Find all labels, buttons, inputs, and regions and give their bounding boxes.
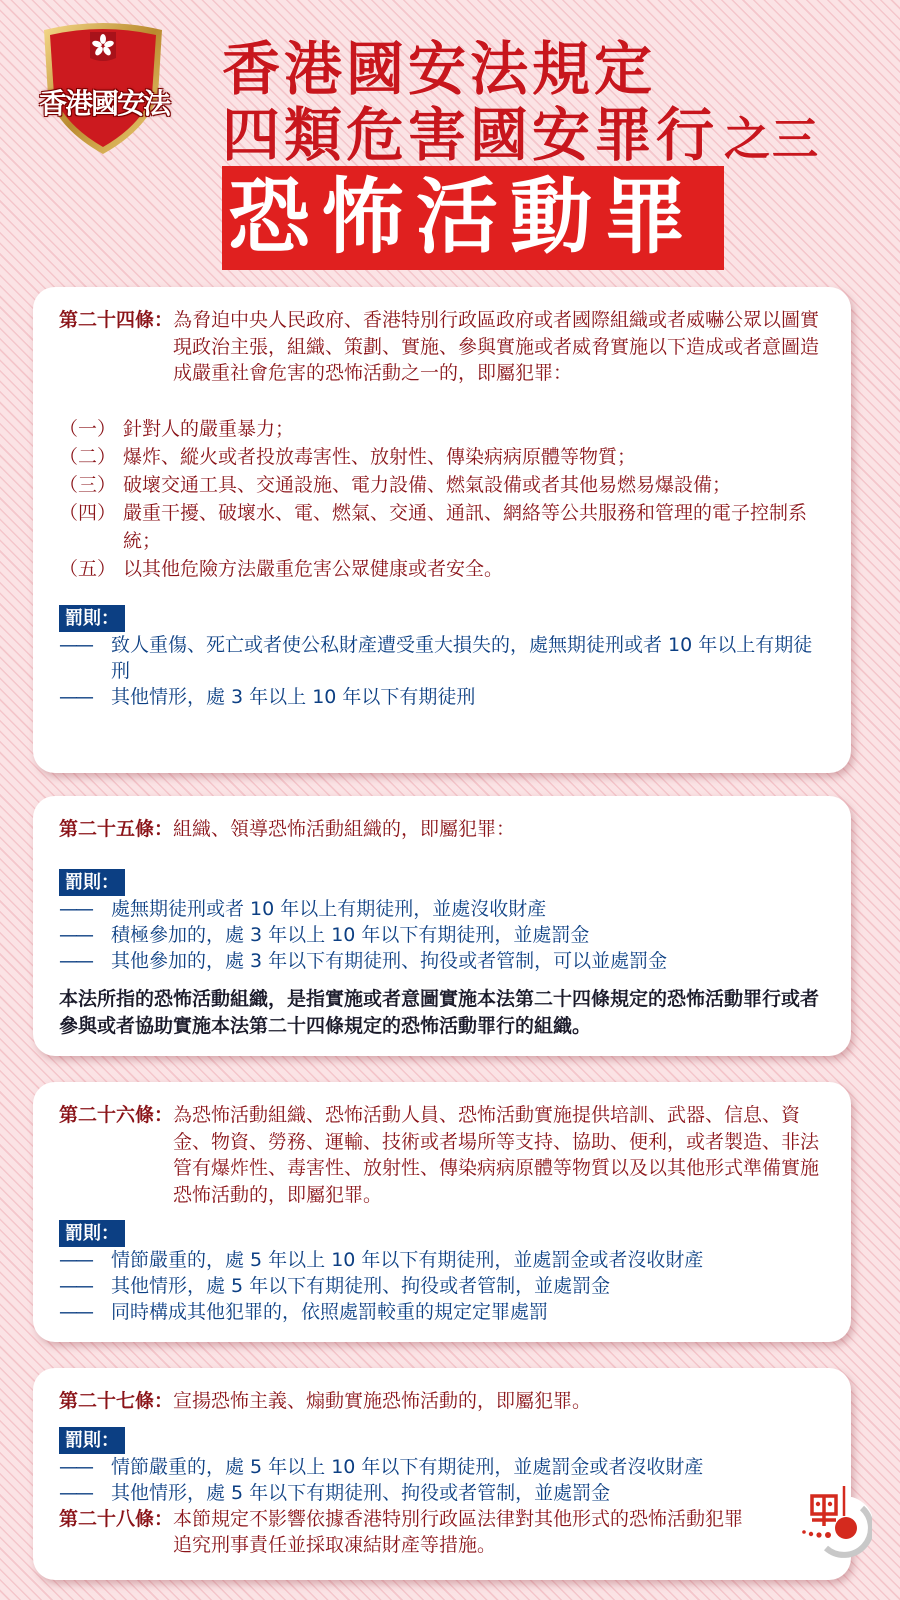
title-line-2: 四類危害國安罪行之三	[222, 88, 820, 172]
penalty-heading: 罰則：	[59, 1220, 125, 1247]
penalty-row: ——致人重傷、死亡或者使公私財產遭受重大損失的，處無期徒刑或者 10 年以上有期…	[59, 632, 829, 684]
item-number: （三）	[59, 471, 123, 499]
dash: ——	[59, 1480, 111, 1506]
item-number: （四）	[59, 499, 123, 555]
article-27: 第二十七條： 宣揚恐怖主義、煽動實施恐怖活動的，即屬犯罪。	[59, 1388, 829, 1415]
article-body: 為恐怖活動組織、恐怖活動人員、恐怖活動實施提供培訓、武器、信息、資金、物資、勞務…	[173, 1102, 829, 1208]
penalty-text: 處無期徒刑或者 10 年以上有期徒刑，並處沒收財產	[111, 896, 829, 922]
penalty-row: ——情節嚴重的，處 5 年以上 10 年以下有期徒刑，並處罰金或者沒收財產	[59, 1247, 829, 1273]
article-25: 第二十五條： 組織、領導恐怖活動組織的，即屬犯罪：	[59, 816, 829, 843]
penalty-text: 積極參加的，處 3 年以上 10 年以下有期徒刑，並處罰金	[111, 922, 829, 948]
dash: ——	[59, 1273, 111, 1299]
article-26: 第二十六條： 為恐怖活動組織、恐怖活動人員、恐怖活動實施提供培訓、武器、信息、資…	[59, 1102, 829, 1208]
dash: ——	[59, 1247, 111, 1273]
item-number: （二）	[59, 443, 123, 471]
penalty-text: 致人重傷、死亡或者使公私財產遭受重大損失的，處無期徒刑或者 10 年以上有期徒刑	[111, 632, 829, 684]
penalty-row: ——其他情形，處 5 年以下有期徒刑、拘役或者管制，並處罰金	[59, 1273, 829, 1299]
dash: ——	[59, 922, 111, 948]
dash: ——	[59, 632, 111, 684]
article-label: 第二十四條：	[59, 307, 173, 387]
item-text: 針對人的嚴重暴力；	[123, 415, 829, 443]
item-text: 以其他危險方法嚴重危害公眾健康或者安全。	[123, 555, 829, 583]
penalty-row: ——其他情形，處 3 年以上 10 年以下有期徒刑	[59, 684, 829, 710]
dash: ——	[59, 948, 111, 974]
article-25-card: 第二十五條： 組織、領導恐怖活動組織的，即屬犯罪： 罰則： ——處無期徒刑或者 …	[33, 796, 851, 1056]
article-label: 第二十七條：	[59, 1388, 173, 1415]
item-text: 破壞交通工具、交通設施、電力設備、燃氣設備或者其他易燃易爆設備；	[123, 471, 829, 499]
list-item: （一）針對人的嚴重暴力；	[59, 415, 829, 443]
article-body: 為脅迫中央人民政府、香港特別行政區政府或者國際組織或者威嚇公眾以圖實現政治主張，…	[173, 307, 829, 387]
media-logo-icon	[800, 1486, 872, 1558]
item-text: 爆炸、縱火或者投放毒害性、放射性、傳染病病原體等物質；	[123, 443, 829, 471]
penalty-row: ——同時構成其他犯罪的，依照處罰較重的規定定罪處罰	[59, 1299, 829, 1325]
penalty-heading: 罰則：	[59, 1427, 125, 1454]
badge-label: 香港國安法	[24, 82, 184, 122]
penalty-text: 其他參加的，處 3 年以下有期徒刑、拘役或者管制，可以並處罰金	[111, 948, 829, 974]
title-suffix: 之三	[724, 112, 820, 166]
activity-list: （一）針對人的嚴重暴力； （二）爆炸、縱火或者投放毒害性、放射性、傳染病病原體等…	[59, 415, 829, 583]
article-label: 第二十六條：	[59, 1102, 173, 1208]
penalty-text: 其他情形，處 3 年以上 10 年以下有期徒刑	[111, 684, 829, 710]
list-item: （四）嚴重干擾、破壞水、電、燃氣、交通、通訊、網絡等公共服務和管理的電子控制系統…	[59, 499, 829, 555]
article-body: 本節規定不影響依據香港特別行政區法律對其他形式的恐怖活動犯罪追究刑事責任並採取凍…	[173, 1506, 829, 1559]
offence-banner: 恐怖活動罪	[222, 166, 724, 270]
penalty-text: 情節嚴重的，處 5 年以上 10 年以下有期徒刑，並處罰金或者沒收財產	[111, 1454, 829, 1480]
article-24-card: 第二十四條： 為脅迫中央人民政府、香港特別行政區政府或者國際組織或者威嚇公眾以圖…	[33, 287, 851, 773]
list-item: （三）破壞交通工具、交通設施、電力設備、燃氣設備或者其他易燃易爆設備；	[59, 471, 829, 499]
article-body: 組織、領導恐怖活動組織的，即屬犯罪：	[173, 816, 829, 843]
penalty-row: ——其他參加的，處 3 年以下有期徒刑、拘役或者管制，可以並處罰金	[59, 948, 829, 974]
article-27-28-card: 第二十七條： 宣揚恐怖主義、煽動實施恐怖活動的，即屬犯罪。 罰則： ——情節嚴重…	[33, 1368, 851, 1580]
dash: ——	[59, 1454, 111, 1480]
penalty-text: 同時構成其他犯罪的，依照處罰較重的規定定罪處罰	[111, 1299, 829, 1325]
dash: ——	[59, 1299, 111, 1325]
penalty-heading: 罰則：	[59, 869, 125, 896]
article-26-card: 第二十六條： 為恐怖活動組織、恐怖活動人員、恐怖活動實施提供培訓、武器、信息、資…	[33, 1082, 851, 1342]
article-28: 第二十八條： 本節規定不影響依據香港特別行政區法律對其他形式的恐怖活動犯罪追究刑…	[59, 1506, 829, 1559]
article-label: 第二十五條：	[59, 816, 173, 843]
penalty-text: 情節嚴重的，處 5 年以上 10 年以下有期徒刑，並處罰金或者沒收財產	[111, 1247, 829, 1273]
list-item: （五）以其他危險方法嚴重危害公眾健康或者安全。	[59, 555, 829, 583]
item-number: （五）	[59, 555, 123, 583]
article-label: 第二十八條：	[59, 1506, 173, 1559]
title-line-2-text: 四類危害國安罪行	[222, 101, 718, 169]
penalty-row: ——其他情形，處 5 年以下有期徒刑、拘役或者管制，並處罰金	[59, 1480, 829, 1506]
dash: ——	[59, 896, 111, 922]
article-body: 宣揚恐怖主義、煽動實施恐怖活動的，即屬犯罪。	[173, 1388, 829, 1415]
penalty-text: 其他情形，處 5 年以下有期徒刑、拘役或者管制，並處罰金	[111, 1273, 829, 1299]
item-number: （一）	[59, 415, 123, 443]
definition-note: 本法所指的恐怖活動組織，是指實施或者意圖實施本法第二十四條規定的恐怖活動罪行或者…	[59, 986, 829, 1040]
penalty-row: ——積極參加的，處 3 年以上 10 年以下有期徒刑，並處罰金	[59, 922, 829, 948]
penalty-heading: 罰則：	[59, 605, 125, 632]
article-24: 第二十四條： 為脅迫中央人民政府、香港特別行政區政府或者國際組織或者威嚇公眾以圖…	[59, 307, 829, 387]
penalty-text: 其他情形，處 5 年以下有期徒刑、拘役或者管制，並處罰金	[111, 1480, 829, 1506]
penalty-row: ——處無期徒刑或者 10 年以上有期徒刑，並處沒收財產	[59, 896, 829, 922]
item-text: 嚴重干擾、破壞水、電、燃氣、交通、通訊、網絡等公共服務和管理的電子控制系統；	[123, 499, 829, 555]
list-item: （二）爆炸、縱火或者投放毒害性、放射性、傳染病病原體等物質；	[59, 443, 829, 471]
nsl-shield-badge: 香港國安法	[28, 18, 178, 158]
penalty-row: ——情節嚴重的，處 5 年以上 10 年以下有期徒刑，並處罰金或者沒收財產	[59, 1454, 829, 1480]
dash: ——	[59, 684, 111, 710]
